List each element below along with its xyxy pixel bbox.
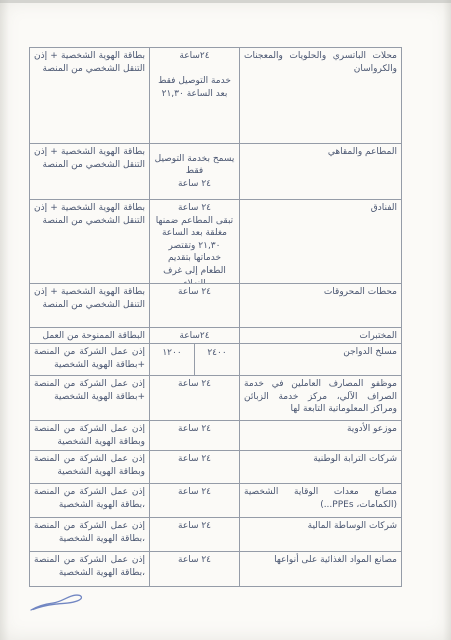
permit-cell: إذن عمل الشركة من المنصة +بطاقة الهوية ا… (30, 344, 149, 375)
activity-cell: موظفو المصارف العاملين في خدمة الصراف ال… (239, 376, 401, 420)
table-row-patisserie: محلات الباتسري والحلويات والمعجنات والكر… (30, 48, 401, 144)
business-hours-table: محلات الباتسري والحلويات والمعجنات والكر… (29, 47, 402, 587)
table-row-medicine-distributors: موزعو الأدوية ٢٤ ساعة إذن عمل الشركة من … (30, 421, 401, 451)
hours-cell: ٢٤ ساعة (149, 421, 239, 450)
permit-cell: إذن عمل الشركة من المنصة ،بطاقة الهوية ا… (30, 552, 149, 586)
activity-cell: مسلخ الدواجن (239, 344, 401, 375)
activity-cell: محلات الباتسري والحلويات والمعجنات والكر… (239, 48, 401, 143)
table-row-ppe-factories: مصانع معدات الوقاية الشخصية (الكمامات، P… (30, 484, 401, 518)
activity-cell: موزعو الأدوية (239, 421, 401, 450)
hours-cell: ٢٤ ساعة (149, 284, 239, 327)
hours-cell: ٢٤ ساعة (149, 552, 239, 586)
activity-cell: المطاعم والمقاهي (239, 144, 401, 199)
table-row-food-factories: مصانع المواد الغذائية على أنواعها ٢٤ ساع… (30, 552, 401, 586)
table-row-poultry-slaughterhouse: مسلخ الدواجن ٢٤٠٠ ١٢٠٠ إذن عمل الشركة من… (30, 344, 401, 376)
permit-cell: إذن عمل الشركة من المنصة ،بطاقة الهوية ا… (30, 484, 149, 517)
scan-top-edge (0, 0, 451, 3)
hours-cell: ٢٤ ساعة (149, 518, 239, 551)
signature-icon (28, 589, 90, 619)
table-row-financial-brokerage: شركات الوساطة المالية ٢٤ ساعة إذن عمل ال… (30, 518, 401, 552)
signature-stroke (31, 595, 82, 610)
hours-value-right: ٢٤٠٠ (194, 344, 239, 375)
hours-cell: ٢٤ ساعة (149, 376, 239, 420)
table-row-cement-companies: شركات الترابة الوطنية ٢٤ ساعة إذن عمل ال… (30, 451, 401, 484)
permit-cell: إذن عمل الشركة من المنصة وبطاقة الهوية ا… (30, 421, 149, 450)
permit-cell: إذن عمل الشركة من المنصة ،بطاقة الهوية ا… (30, 518, 149, 551)
hours-cell: يسمح بخدمة التوصيل فقط ٢٤ ساعة (149, 144, 239, 199)
permit-cell: بطاقة الهوية الشخصية + إذن التنقل الشخصي… (30, 284, 149, 327)
permit-cell: البطاقة الممنوحة من العمل (30, 328, 149, 343)
activity-cell: شركات الترابة الوطنية (239, 451, 401, 483)
hours-cell: ٢٤ساعة خدمة التوصيل فقط بعد الساعة ٢١,٣٠ (149, 48, 239, 143)
table-row-laboratories: المختبرات ٢٤ساعة البطاقة الممنوحة من الع… (30, 328, 401, 344)
permit-cell: بطاقة الهوية الشخصية + إذن التنقل الشخصي… (30, 200, 149, 283)
permit-cell: بطاقة الهوية الشخصية + إذن التنقل الشخصي… (30, 48, 149, 143)
permit-cell: إذن عمل الشركة من المنصة +بطاقة الهوية ا… (30, 376, 149, 420)
hours-cell: ٢٤ ساعة (149, 451, 239, 483)
hours-cell: ٢٤ ساعة تبقى المطاعم ضمنها مغلقة بعد الس… (149, 200, 239, 283)
table-row-fuel-stations: محطات المحروقات ٢٤ ساعة بطاقة الهوية الش… (30, 284, 401, 328)
hours-cell: ٢٤ساعة (149, 328, 239, 343)
table-row-bank-employees: موظفو المصارف العاملين في خدمة الصراف ال… (30, 376, 401, 421)
activity-cell: المختبرات (239, 328, 401, 343)
permit-cell: إذن عمل الشركة من المنصة وبطاقة الهوية ا… (30, 451, 149, 483)
scan-right-edge (443, 0, 451, 640)
activity-cell: محطات المحروقات (239, 284, 401, 327)
activity-cell: الفنادق (239, 200, 401, 283)
hours-cell-split: ٢٤٠٠ ١٢٠٠ (149, 344, 239, 375)
table-row-hotels: الفنادق ٢٤ ساعة تبقى المطاعم ضمنها مغلقة… (30, 200, 401, 284)
activity-cell: مصانع المواد الغذائية على أنواعها (239, 552, 401, 586)
permit-cell: بطاقة الهوية الشخصية + إذن التنقل الشخصي… (30, 144, 149, 199)
activity-cell: شركات الوساطة المالية (239, 518, 401, 551)
hours-value-left: ١٢٠٠ (150, 344, 194, 375)
table-row-restaurants: المطاعم والمقاهي يسمح بخدمة التوصيل فقط … (30, 144, 401, 200)
activity-cell: مصانع معدات الوقاية الشخصية (الكمامات، P… (239, 484, 401, 517)
hours-cell: ٢٤ ساعة (149, 484, 239, 517)
scan-left-edge (0, 0, 9, 640)
